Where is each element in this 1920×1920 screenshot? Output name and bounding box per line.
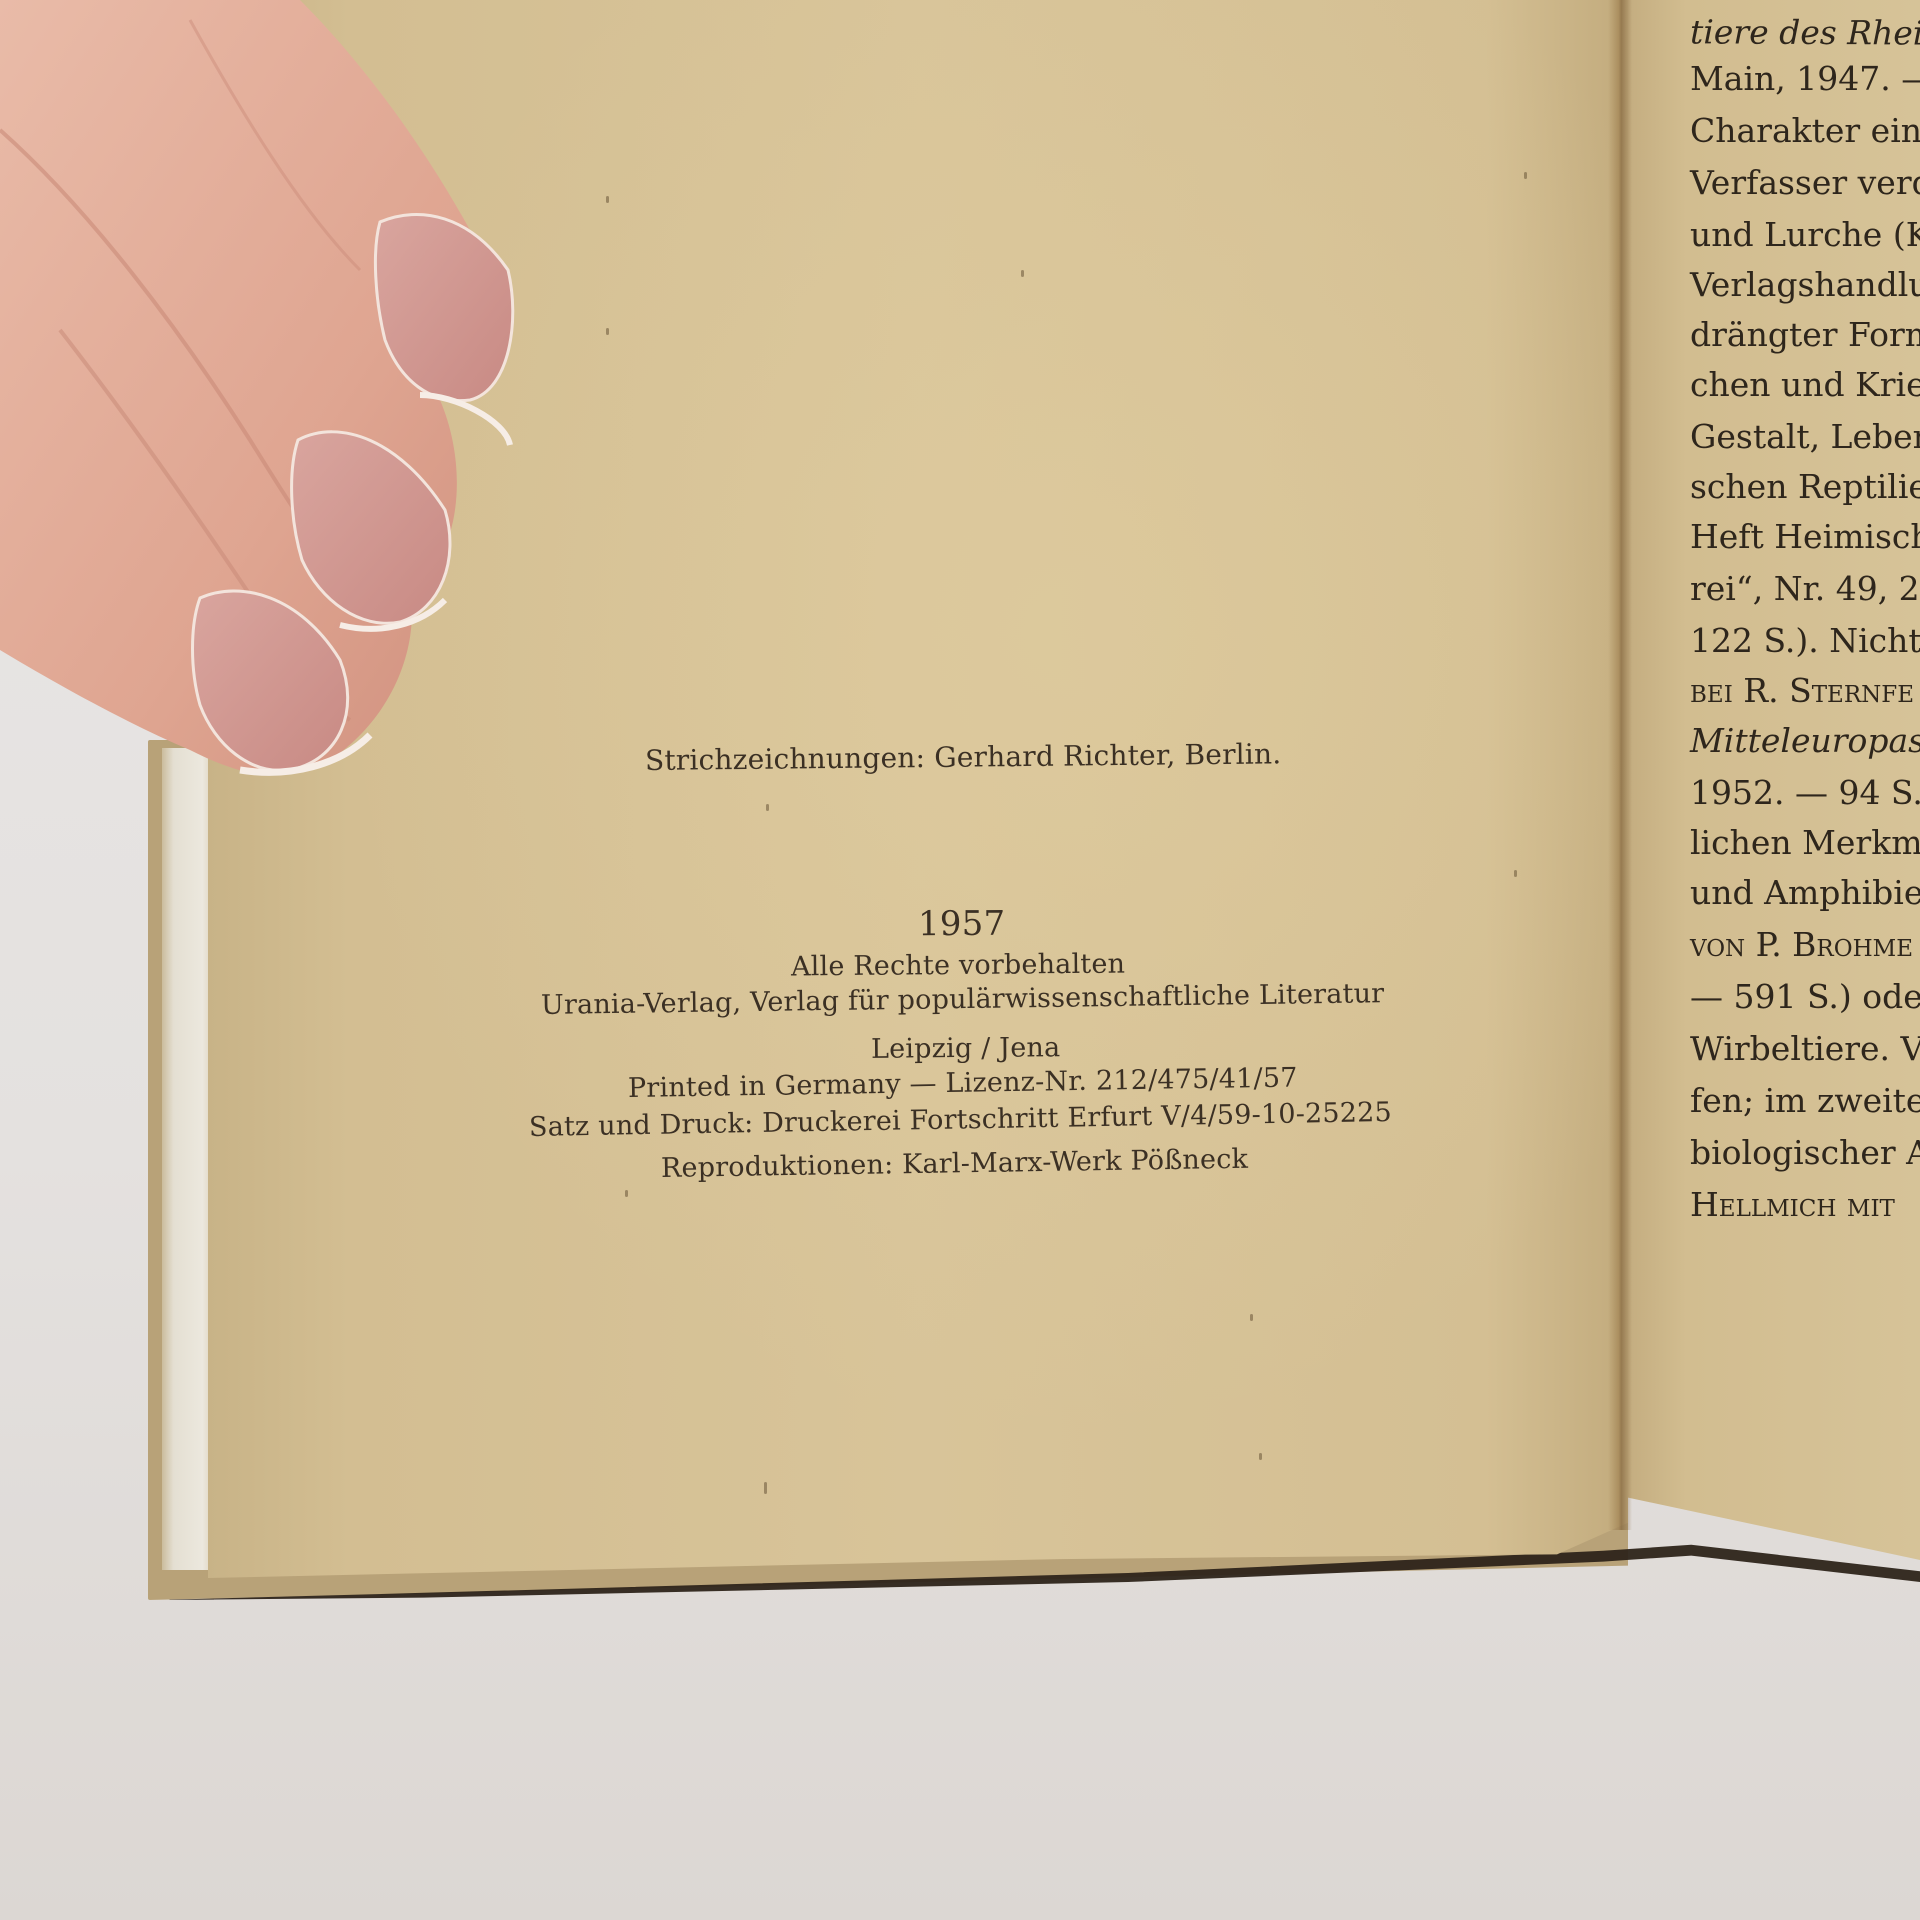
text-line: 1952. — 94 S., [1690, 768, 1920, 818]
text-line: und Amphibier [1690, 868, 1920, 918]
bibliography-text: tiere des Rhein Main, 1947. — Charakter … [1690, 8, 1920, 1208]
text-line: Mitteleuropas [1690, 716, 1920, 766]
text-line: lichen Merkmal [1690, 818, 1920, 868]
text-line: schen Reptilier [1690, 462, 1920, 512]
text-line: Main, 1947. — [1690, 54, 1920, 104]
text-line: 122 S.). Nicht u [1690, 616, 1920, 666]
rights-notice: Alle Rechte vorbehalten [791, 949, 1125, 983]
photo-scene: Strichzeichnungen: Gerhard Richter, Berl… [0, 0, 1920, 1920]
text-line: drängter Form, [1690, 310, 1920, 360]
text-line: — 591 S.) oder [1690, 972, 1920, 1022]
text-line: Charakter eine [1690, 106, 1920, 156]
text-line: und Lurche (Ko [1690, 210, 1920, 260]
hand [0, 0, 540, 790]
text-line: Hellmich mit [1690, 1180, 1920, 1230]
text-line: Verfasser verd [1690, 158, 1920, 208]
publication-year: 1957 [918, 904, 1006, 945]
illustrator-credit: Strichzeichnungen: Gerhard Richter, Berl… [645, 737, 1282, 777]
book-gutter [1608, 0, 1632, 1530]
text-line: Verlagshandlur [1690, 260, 1920, 310]
text-line: Wirbeltiere. Ve [1690, 1024, 1920, 1074]
text-line: rei“, Nr. 49, 2 [1690, 564, 1920, 614]
text-line: biologischer Ar [1690, 1128, 1920, 1178]
text-line: Heft Heimische [1690, 512, 1920, 562]
text-line: chen und Krie [1690, 360, 1920, 410]
text-line: bei R. Sternfe [1690, 666, 1920, 716]
text-line: fen; im zweiten [1690, 1076, 1920, 1126]
text-line: Gestalt, Lebens [1690, 412, 1920, 462]
text-line: von P. Brohme [1690, 920, 1920, 970]
publisher-city: Leipzig / Jena [871, 1032, 1061, 1065]
text-line: tiere des Rhein [1690, 7, 1920, 58]
